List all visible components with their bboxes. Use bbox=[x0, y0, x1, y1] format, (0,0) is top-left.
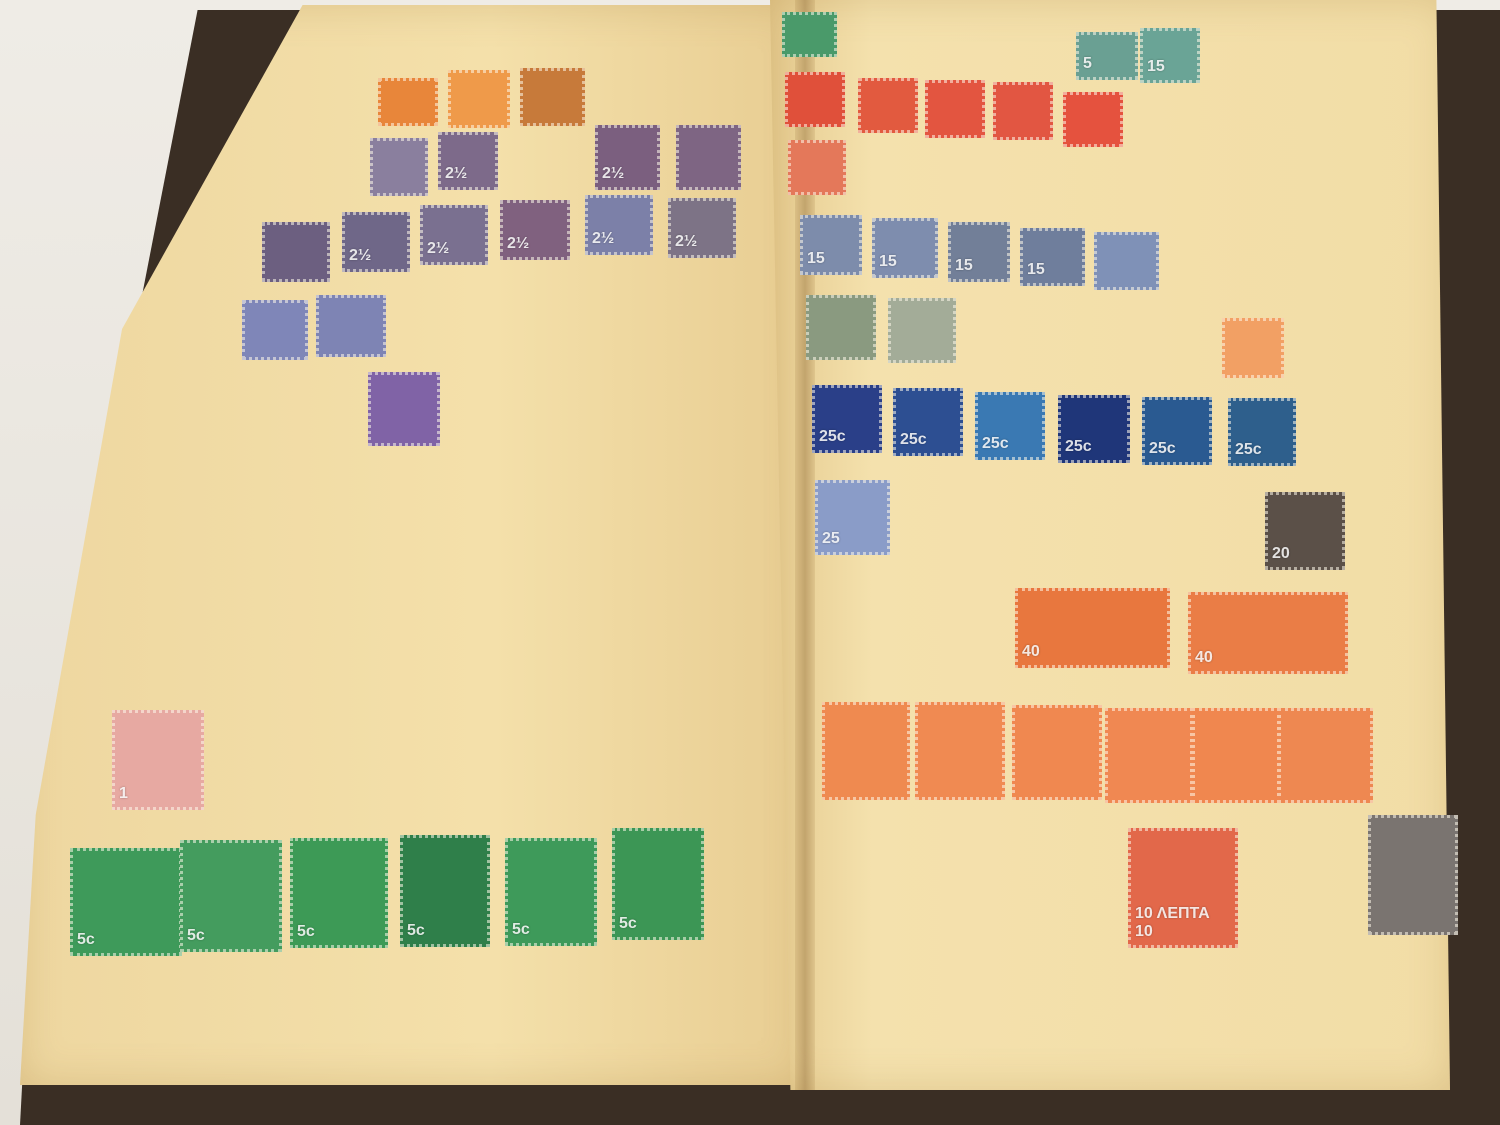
postage-stamp bbox=[1063, 92, 1123, 147]
stamp-denomination: 2½ bbox=[602, 165, 624, 183]
postage-stamp bbox=[1368, 815, 1458, 935]
postage-stamp bbox=[1094, 232, 1159, 290]
postage-stamp bbox=[1105, 708, 1193, 803]
postage-stamp: 5c bbox=[180, 840, 282, 952]
stamp-denomination: 2½ bbox=[675, 233, 697, 251]
stamp-denomination: 15 bbox=[1147, 58, 1165, 76]
postage-stamp bbox=[858, 78, 918, 133]
postage-stamp bbox=[520, 68, 585, 126]
postage-stamp: 10 ΛΕΠΤΑ 10 bbox=[1128, 828, 1238, 948]
postage-stamp: 25c bbox=[893, 388, 963, 456]
postage-stamp bbox=[806, 295, 876, 360]
postage-stamp: 5c bbox=[290, 838, 388, 948]
stamp-denomination: 25c bbox=[819, 428, 846, 446]
postage-stamp: 25 bbox=[815, 480, 890, 555]
postage-stamp: 20 bbox=[1265, 492, 1345, 570]
stamp-denomination: 2½ bbox=[592, 230, 614, 248]
postage-stamp bbox=[822, 702, 910, 800]
stamp-denomination: 5c bbox=[187, 927, 205, 945]
stamp-denomination: 25c bbox=[982, 435, 1009, 453]
postage-stamp: 25c bbox=[1142, 397, 1212, 465]
postage-stamp bbox=[785, 72, 845, 127]
postage-stamp bbox=[1278, 708, 1373, 803]
stamp-denomination: 20 bbox=[1272, 545, 1290, 563]
postage-stamp bbox=[448, 70, 510, 128]
postage-stamp bbox=[242, 300, 308, 360]
postage-stamp: 2½ bbox=[585, 195, 653, 255]
postage-stamp bbox=[1222, 318, 1284, 378]
postage-stamp: 5c bbox=[505, 838, 597, 946]
stamp-denomination: 2½ bbox=[349, 247, 371, 265]
postage-stamp: 5c bbox=[400, 835, 490, 947]
postage-stamp bbox=[262, 222, 330, 282]
stamp-denomination: 2½ bbox=[507, 235, 529, 253]
postage-stamp bbox=[925, 80, 985, 138]
stamp-denomination: 2½ bbox=[427, 240, 449, 258]
postage-stamp: 25c bbox=[812, 385, 882, 453]
postage-stamp: 40 bbox=[1015, 588, 1170, 668]
postage-stamp: 2½ bbox=[595, 125, 660, 190]
postage-stamp: 2½ bbox=[342, 212, 410, 272]
postage-stamp: 15 bbox=[1140, 28, 1200, 83]
postage-stamp bbox=[782, 12, 837, 57]
postage-stamp: 2½ bbox=[420, 205, 488, 265]
stamp-denomination: 5c bbox=[512, 921, 530, 939]
postage-stamp: 40 bbox=[1188, 592, 1348, 674]
postage-stamp bbox=[993, 82, 1053, 140]
stamp-denomination: 10 ΛΕΠΤΑ 10 bbox=[1135, 905, 1231, 941]
postage-stamp bbox=[1012, 705, 1102, 800]
postage-stamp: 2½ bbox=[668, 198, 736, 258]
postage-stamp: 25c bbox=[1058, 395, 1130, 463]
stamp-denomination: 5c bbox=[77, 931, 95, 949]
postage-stamp: 2½ bbox=[438, 132, 498, 190]
postage-stamp bbox=[788, 140, 846, 195]
postage-stamp bbox=[378, 78, 438, 126]
postage-stamp: 15 bbox=[872, 218, 938, 278]
postage-stamp: 5c bbox=[612, 828, 704, 940]
postage-stamp bbox=[888, 298, 956, 363]
postage-stamp: 25c bbox=[975, 392, 1045, 460]
stamp-denomination: 15 bbox=[879, 253, 897, 271]
stamp-denomination: 15 bbox=[807, 250, 825, 268]
postage-stamp bbox=[370, 138, 428, 196]
postage-stamp bbox=[915, 702, 1005, 800]
stamp-denomination: 25c bbox=[1065, 438, 1092, 456]
postage-stamp: 1 bbox=[112, 710, 204, 810]
stamp-denomination: 5 bbox=[1083, 55, 1092, 73]
postage-stamp: 15 bbox=[948, 222, 1010, 282]
stamp-denomination: 25c bbox=[1149, 440, 1176, 458]
stamp-denomination: 1 bbox=[119, 785, 128, 803]
postage-stamp bbox=[1192, 708, 1280, 803]
postage-stamp: 5c bbox=[70, 848, 182, 956]
stamp-denomination: 25 bbox=[822, 530, 840, 548]
postage-stamp: 15 bbox=[1020, 228, 1085, 286]
postage-stamp: 25c bbox=[1228, 398, 1296, 466]
stamp-denomination: 5c bbox=[619, 915, 637, 933]
stamp-denomination: 25c bbox=[900, 431, 927, 449]
stamp-denomination: 25c bbox=[1235, 441, 1262, 459]
stamp-denomination: 15 bbox=[955, 257, 973, 275]
postage-stamp bbox=[368, 372, 440, 446]
stamp-denomination: 5c bbox=[297, 923, 315, 941]
postage-stamp: 15 bbox=[800, 215, 862, 275]
stamp-denomination: 2½ bbox=[445, 165, 467, 183]
stamp-denomination: 5c bbox=[407, 922, 425, 940]
postage-stamp: 5 bbox=[1076, 32, 1138, 80]
stamp-denomination: 40 bbox=[1022, 643, 1040, 661]
postage-stamp bbox=[676, 125, 741, 190]
postage-stamp bbox=[316, 295, 386, 357]
stamp-denomination: 40 bbox=[1195, 649, 1213, 667]
postage-stamp: 2½ bbox=[500, 200, 570, 260]
stamp-denomination: 15 bbox=[1027, 261, 1045, 279]
